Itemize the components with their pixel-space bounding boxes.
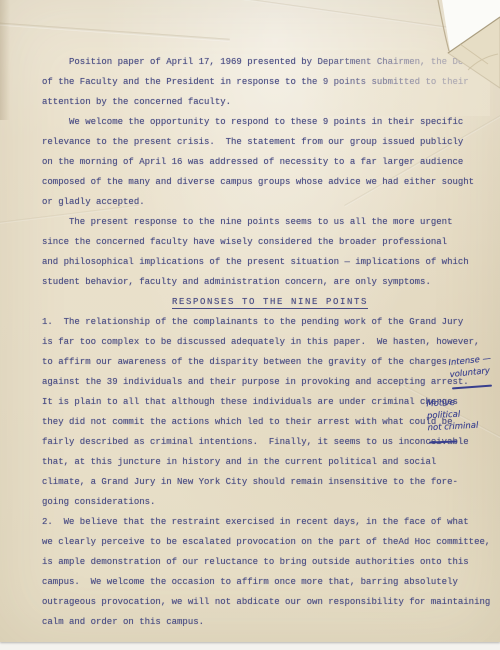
typed-line: relevance to the present crisis. The sta… xyxy=(42,132,498,152)
paper-crease xyxy=(0,21,230,41)
handwritten-note-motive: Motivepoliticalnot criminal xyxy=(426,396,479,435)
typed-line: we clearly perceive to be escalated prov… xyxy=(42,532,498,552)
paper-crease xyxy=(151,0,448,29)
handwritten-note-line: not criminal xyxy=(427,421,478,434)
typed-line: student behavior, faculty and administra… xyxy=(42,272,498,292)
typed-line: to affirm our awareness of the disparity… xyxy=(42,352,498,372)
typed-line: and philosophical implications of the pr… xyxy=(42,252,498,272)
paper-sheet: Position paper of April 17, 1969 present… xyxy=(0,0,500,642)
typed-line: against the 39 individuals and their pur… xyxy=(42,372,498,392)
typed-line: is far too complex to be discussed adequ… xyxy=(42,332,498,352)
typed-text-block: Position paper of April 17, 1969 present… xyxy=(42,52,498,632)
section-heading-text: RESPONSES TO THE NINE POINTS xyxy=(172,297,368,309)
paper-edge-shadow xyxy=(0,0,10,120)
typed-line: 1. The relationship of the complainants … xyxy=(42,312,498,332)
typed-line: climate, a Grand Jury in New York City s… xyxy=(42,472,498,492)
typed-line: The present response to the nine points … xyxy=(42,212,498,232)
handwritten-note-voluntary: Intense —voluntary xyxy=(448,353,493,381)
typed-line: calm and order on this campus. xyxy=(42,612,498,632)
typed-line: or gladly accepted. xyxy=(42,192,498,212)
typed-line: campus. We welcome the occasion to affir… xyxy=(42,572,498,592)
typed-line: since the concerned faculty have wisely … xyxy=(42,232,498,252)
handwritten-note-line: Motive xyxy=(426,398,455,409)
typed-line: outrageous provocation, we will not abdi… xyxy=(42,592,498,612)
typed-line: We welcome the opportunity to respond to… xyxy=(42,112,498,132)
scanned-document: Position paper of April 17, 1969 present… xyxy=(0,0,500,650)
typed-line: on the morning of April 16 was addressed… xyxy=(42,152,498,172)
handwritten-note-line: political xyxy=(427,410,461,422)
section-heading: RESPONSES TO THE NINE POINTS xyxy=(42,292,498,312)
typed-line: going considerations. xyxy=(42,492,498,512)
typed-line: attention by the concerned faculty. xyxy=(42,92,498,112)
folded-corner xyxy=(408,0,500,92)
typed-line: 2. We believe that the restraint exercis… xyxy=(42,512,498,532)
typed-line: that, at this juncture in history and in… xyxy=(42,452,498,472)
typed-line: is ample demonstration of our reluctance… xyxy=(42,552,498,572)
typed-line: composed of the many and diverse campus … xyxy=(42,172,498,192)
